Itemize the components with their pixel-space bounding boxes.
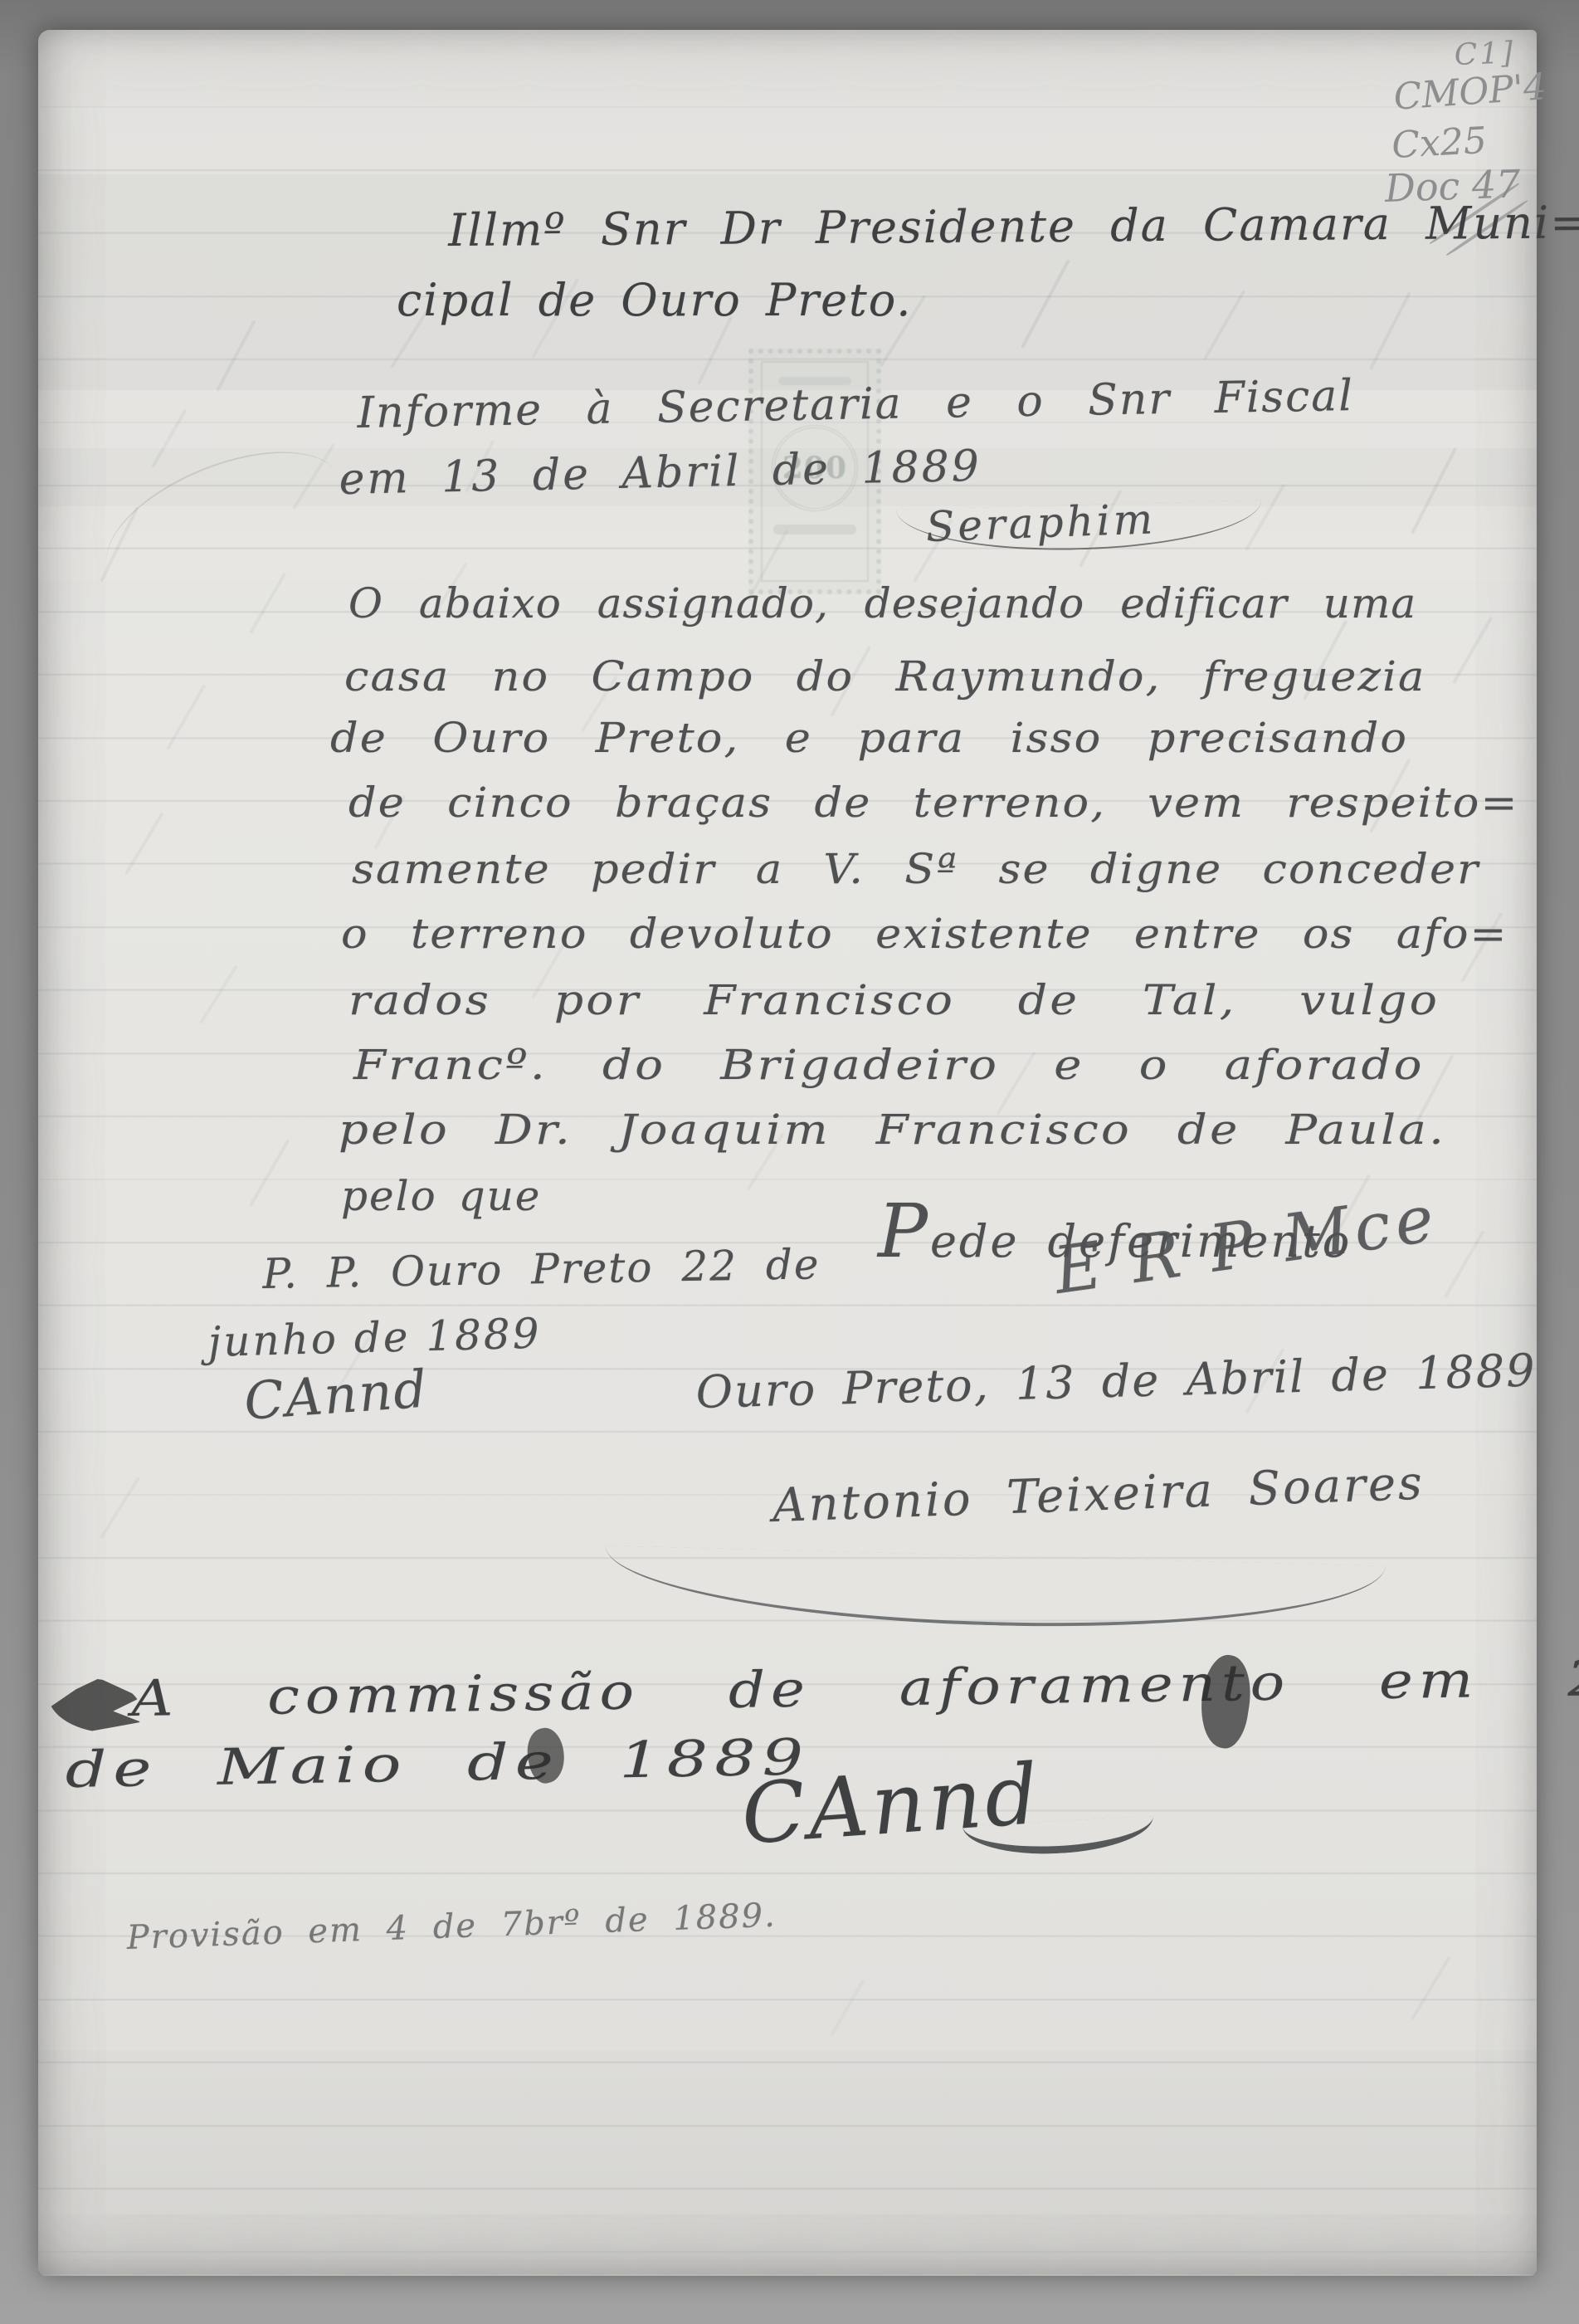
petition-line: de cinco braças de terreno, vem respeito… (348, 779, 1519, 827)
petition-line: casa no Campo do Raymundo, freguezia (344, 652, 1425, 701)
petition-line: samente pedir a V. Sª se digne conceder (352, 845, 1479, 893)
petition-line: pelo que (341, 1172, 541, 1220)
petition-line: o terreno devoluto existente entre os af… (341, 910, 1508, 958)
archival-code-1: C1] (1454, 36, 1516, 72)
petition-line: rados por Francisco de Tal, vulgo (348, 976, 1440, 1024)
petition-line: Francº. do Brigadeiro e o aforado (353, 1041, 1425, 1089)
archival-code-3: Cx25 (1391, 120, 1488, 167)
heading-line-1: Illmº Snr Dr Presidente da Camara Muni= (448, 196, 1579, 256)
heading-line-2: cipal de Ouro Preto. (397, 274, 912, 326)
place-date-line-1: P. P. Ouro Preto 22 de (262, 1240, 821, 1298)
petition-line: pelo Dr. Joaquim Francisco de Paula. (339, 1106, 1446, 1154)
informado-rubric: CAnnd (242, 1359, 430, 1432)
petition-line: de Ouro Preto, e para isso precisando (330, 714, 1408, 762)
petition-line: O abaixo assignado, desejando edificar u… (348, 579, 1416, 627)
stamp-ornament (773, 525, 856, 535)
place-date-line-2: junho de 1889 (207, 1309, 542, 1365)
document-scan: 200 C1] CMOP'4 Cx25 Doc 47 Illmº Snr Dr … (0, 0, 1579, 2324)
